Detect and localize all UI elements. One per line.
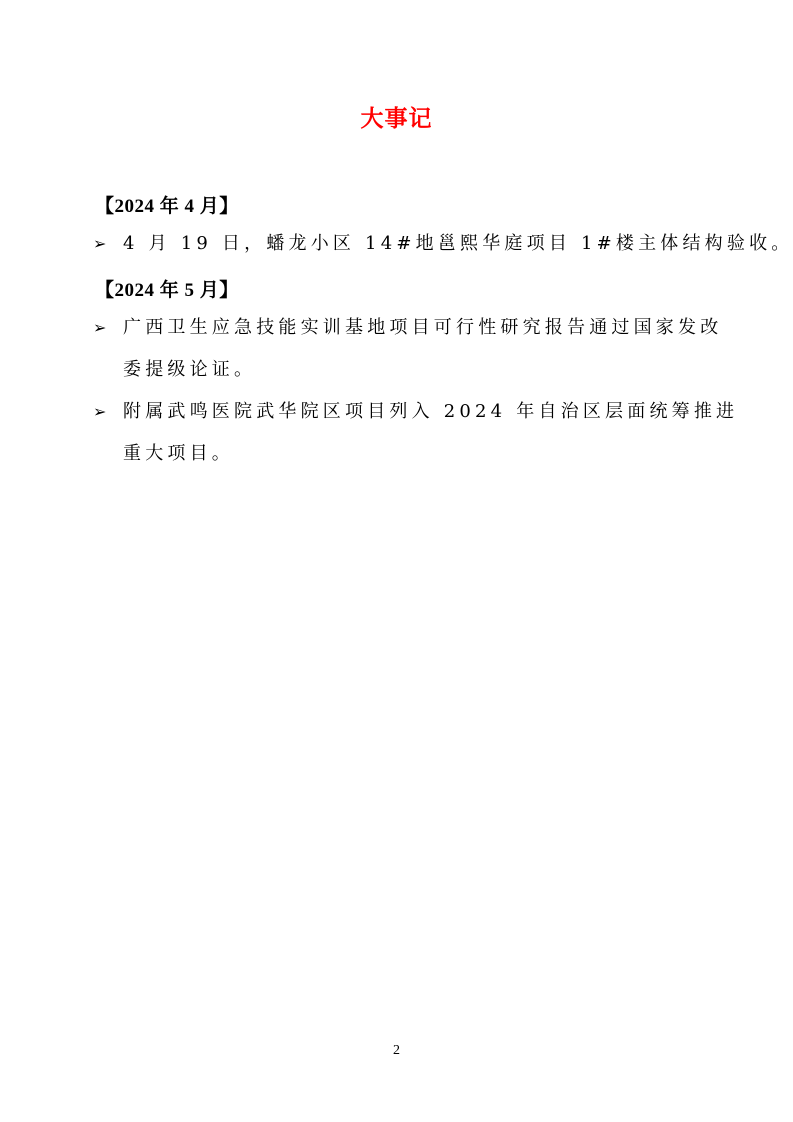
document-page: 大事记 【2024 年 4 月】 ➢4 月 19 日，蟠龙小区 14#地邕熙华庭… bbox=[0, 0, 793, 1122]
page-number: 2 bbox=[0, 1043, 793, 1059]
page-title: 大事记 bbox=[0, 100, 793, 133]
section-header-may: 【2024 年 5 月】 bbox=[95, 275, 239, 302]
arrow-bullet-icon: ➢ bbox=[93, 402, 123, 421]
list-item-continuation: 委提级论证。 bbox=[123, 355, 256, 381]
list-item: ➢广西卫生应急技能实训基地项目可行性研究报告通过国家发改 bbox=[93, 313, 722, 339]
list-item-text: 广西卫生应急技能实训基地项目可行性研究报告通过国家发改 bbox=[123, 317, 722, 338]
arrow-bullet-icon: ➢ bbox=[93, 318, 123, 337]
list-item: ➢4 月 19 日，蟠龙小区 14#地邕熙华庭项目 1#楼主体结构验收。 bbox=[93, 229, 793, 255]
list-item-text: 4 月 19 日，蟠龙小区 14#地邕熙华庭项目 1#楼主体结构验收。 bbox=[123, 233, 793, 254]
section-header-april: 【2024 年 4 月】 bbox=[95, 191, 239, 218]
arrow-bullet-icon: ➢ bbox=[93, 234, 123, 253]
list-item-continuation: 重大项目。 bbox=[123, 439, 234, 465]
list-item: ➢附属武鸣医院武华院区项目列入 2024 年自治区层面统筹推进 bbox=[93, 397, 738, 423]
list-item-text: 附属武鸣医院武华院区项目列入 2024 年自治区层面统筹推进 bbox=[123, 401, 738, 422]
